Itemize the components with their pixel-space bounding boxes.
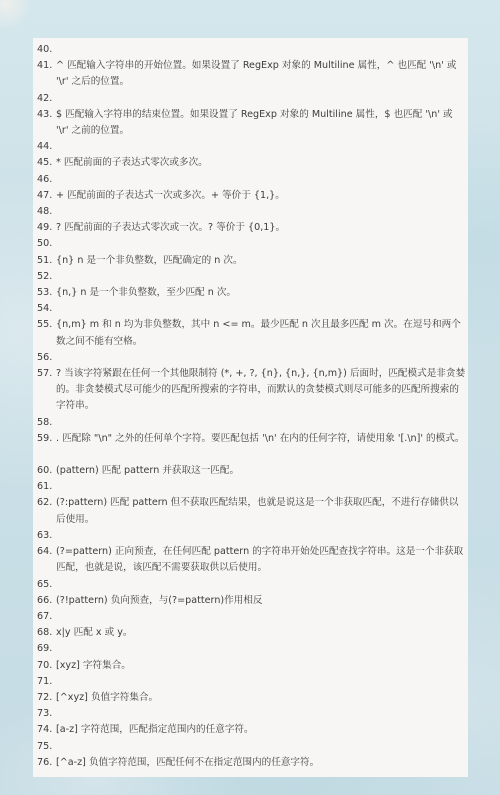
item-text: {n} n 是一个非负整数，匹配确定的 n 次。 [54,253,466,269]
item-number: 44. [37,139,54,155]
item-number: 47. [37,188,54,204]
list-item: 61. [37,479,466,495]
list-item: 73. [37,706,466,722]
item-number: 40. [37,42,54,58]
item-number: 43. [37,107,54,123]
list-item: 46. [37,172,466,188]
item-text: (pattern) 匹配 pattern 并获取这一匹配。 [54,463,466,479]
list-item: 62. (?:pattern) 匹配 pattern 但不获取匹配结果，也就是说… [37,495,466,527]
list-item: 64. (?=pattern) 正向预查，在任何匹配 pattern 的字符串开… [37,544,466,576]
list-item: 67. [37,609,466,625]
item-text: [^a-z] 负值字符范围，匹配任何不在指定范围内的任意字符。 [54,755,466,771]
item-number: 57. [37,366,54,382]
list-item: 63. [37,528,466,544]
item-number: 62. [37,495,54,511]
list-item: 55. {n,m} m 和 n 均为非负整数，其中 n <= m。最少匹配 n … [37,317,466,349]
item-number: 60. [37,463,54,479]
item-text: {n,m} m 和 n 均为非负整数，其中 n <= m。最少匹配 n 次且最多… [54,317,466,349]
list-item: 74. [a-z] 字符范围，匹配指定范围内的任意字符。 [37,722,466,738]
item-number: 45. [37,155,54,171]
item-number: 53. [37,285,54,301]
item-number: 67. [37,609,54,625]
list-item: 58. [37,415,466,431]
item-text: (?!pattern) 负向预查，与(?=pattern)作用相反 [54,593,466,609]
item-number: 46. [37,172,54,188]
list-item: 75. [37,739,466,755]
item-text: ? 当该字符紧跟在任何一个其他限制符 (*, +, ?, {n}, {n,}, … [54,366,466,415]
item-number: 42. [37,91,54,107]
item-number: 54. [37,301,54,317]
item-number: 51. [37,253,54,269]
item-number: 70. [37,658,54,674]
item-number: 75. [37,739,54,755]
list-item: 53. {n,} n 是一个非负整数，至少匹配 n 次。 [37,285,466,301]
list-item: 42. [37,91,466,107]
item-number: 66. [37,593,54,609]
item-text: (?:pattern) 匹配 pattern 但不获取匹配结果，也就是说这是一个… [54,495,466,527]
list-item: 51. {n} n 是一个非负整数，匹配确定的 n 次。 [37,253,466,269]
item-text: $ 匹配输入字符串的结束位置。如果设置了 RegExp 对象的 Multilin… [54,107,466,139]
item-number: 58. [37,415,54,431]
list-item: 70. [xyz] 字符集合。 [37,658,466,674]
list-item: 45. * 匹配前面的子表达式零次或多次。 [37,155,466,171]
list-item: 56. [37,350,466,366]
item-number: 59. [37,431,54,447]
item-number: 50. [37,236,54,252]
item-number: 71. [37,674,54,690]
item-number: 65. [37,577,54,593]
list-item: 57. ? 当该字符紧跟在任何一个其他限制符 (*, +, ?, {n}, {n… [37,366,466,415]
item-text: ? 匹配前面的子表达式零次或一次。? 等价于 {0,1}。 [54,220,466,236]
list-item: 54. [37,301,466,317]
item-number: 52. [37,269,54,285]
list-item: 43. $ 匹配输入字符串的结束位置。如果设置了 RegExp 对象的 Mult… [37,107,466,139]
list-item: 71. [37,674,466,690]
list-item: 40. [37,42,466,58]
list-item: 60. (pattern) 匹配 pattern 并获取这一匹配。 [37,463,466,479]
item-text: x|y 匹配 x 或 y。 [54,625,466,641]
list-item: 72. [^xyz] 负值字符集合。 [37,690,466,706]
list-item: 47. + 匹配前面的子表达式一次或多次。+ 等价于 {1,}。 [37,188,466,204]
list-item: 44. [37,139,466,155]
list-item: 41. ^ 匹配输入字符串的开始位置。如果设置了 RegExp 对象的 Mult… [37,58,466,90]
item-number: 61. [37,479,54,495]
list-item: 49. ? 匹配前面的子表达式零次或一次。? 等价于 {0,1}。 [37,220,466,236]
item-number: 74. [37,722,54,738]
item-text: [^xyz] 负值字符集合。 [54,690,466,706]
item-text: + 匹配前面的子表达式一次或多次。+ 等价于 {1,}。 [54,188,466,204]
item-number: 76. [37,755,54,771]
list-item: 65. [37,577,466,593]
list-item: 52. [37,269,466,285]
item-text: [a-z] 字符范围，匹配指定范围内的任意字符。 [54,722,466,738]
item-text: ^ 匹配输入字符串的开始位置。如果设置了 RegExp 对象的 Multilin… [54,58,466,90]
item-number: 63. [37,528,54,544]
list-item: 69. [37,641,466,657]
list-item: 48. [37,204,466,220]
item-number: 72. [37,690,54,706]
item-number: 64. [37,544,54,560]
item-text: {n,} n 是一个非负整数，至少匹配 n 次。 [54,285,466,301]
item-number: 56. [37,350,54,366]
content-panel: 40. 41. ^ 匹配输入字符串的开始位置。如果设置了 RegExp 对象的 … [33,38,468,777]
item-number: 55. [37,317,54,333]
item-number: 68. [37,625,54,641]
item-text: * 匹配前面的子表达式零次或多次。 [54,155,466,171]
list-item: 50. [37,236,466,252]
list-item: 76. [^a-z] 负值字符范围，匹配任何不在指定范围内的任意字符。 [37,755,466,771]
regex-doc-list: 40. 41. ^ 匹配输入字符串的开始位置。如果设置了 RegExp 对象的 … [37,42,466,771]
item-text: . 匹配除 "\n" 之外的任何单个字符。要匹配包括 '\n' 在内的任何字符，… [54,431,466,447]
item-number: 49. [37,220,54,236]
item-number: 48. [37,204,54,220]
item-number: 69. [37,641,54,657]
item-text: (?=pattern) 正向预查，在任何匹配 pattern 的字符串开始处匹配… [54,544,466,576]
list-item: 59. . 匹配除 "\n" 之外的任何单个字符。要匹配包括 '\n' 在内的任… [37,431,466,447]
list-item: 66. (?!pattern) 负向预查，与(?=pattern)作用相反 [37,593,466,609]
item-number: 73. [37,706,54,722]
list-item: 68. x|y 匹配 x 或 y。 [37,625,466,641]
item-text: [xyz] 字符集合。 [54,658,466,674]
item-number: 41. [37,58,54,74]
page-background: 40. 41. ^ 匹配输入字符串的开始位置。如果设置了 RegExp 对象的 … [0,0,500,795]
